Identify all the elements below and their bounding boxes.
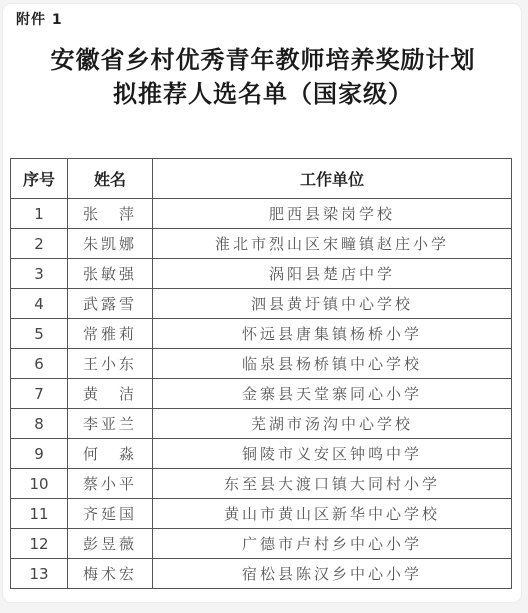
cell-name: 李亚兰	[68, 409, 153, 439]
cell-name: 武露雪	[68, 289, 153, 319]
table-row: 13梅术宏宿松县陈汉乡中心小学	[11, 559, 512, 589]
cell-no: 7	[11, 379, 68, 409]
cell-unit: 肥西县梁岗学校	[153, 199, 512, 229]
table-row: 10蔡小平东至县大渡口镇大同村小学	[11, 469, 512, 499]
column-header-no: 序号	[11, 159, 68, 199]
table-row: 4武露雪泗县黄圩镇中心学校	[11, 289, 512, 319]
cell-unit: 铜陵市义安区钟鸣中学	[153, 439, 512, 469]
cell-name: 张敏强	[68, 259, 153, 289]
document-title: 安徽省乡村优秀青年教师培养奖励计划	[3, 40, 523, 75]
cell-unit: 临泉县杨桥镇中心学校	[153, 349, 512, 379]
column-header-name: 姓名	[68, 159, 153, 199]
table-row: 8李亚兰芜湖市汤沟中心学校	[11, 409, 512, 439]
cell-no: 9	[11, 439, 68, 469]
cell-name: 黄 洁	[68, 379, 153, 409]
cell-name: 齐延国	[68, 499, 153, 529]
cell-no: 4	[11, 289, 68, 319]
cell-unit: 黄山市黄山区新华中心学校	[153, 499, 512, 529]
attachment-label: 附件 1	[16, 9, 63, 29]
cell-name: 蔡小平	[68, 469, 153, 499]
cell-unit: 金寨县天堂寨同心小学	[153, 379, 512, 409]
cell-no: 11	[11, 499, 68, 529]
cell-unit: 广德市卢村乡中心小学	[153, 529, 512, 559]
table-header-row: 序号 姓名 工作单位	[11, 159, 512, 199]
cell-no: 8	[11, 409, 68, 439]
cell-no: 6	[11, 349, 68, 379]
table-row: 6王小东临泉县杨桥镇中心学校	[11, 349, 512, 379]
cell-name: 彭昱薇	[68, 529, 153, 559]
cell-unit: 宿松县陈汉乡中心小学	[153, 559, 512, 589]
table-row: 5常雅莉怀远县唐集镇杨桥小学	[11, 319, 512, 349]
cell-no: 12	[11, 529, 68, 559]
table-row: 12彭昱薇广德市卢村乡中心小学	[11, 529, 512, 559]
table-row: 2朱凯娜淮北市烈山区宋疃镇赵庄小学	[11, 229, 512, 259]
column-header-unit: 工作单位	[153, 159, 512, 199]
cell-no: 10	[11, 469, 68, 499]
table-row: 9何 淼铜陵市义安区钟鸣中学	[11, 439, 512, 469]
table-row: 3张敏强涡阳县楚店中学	[11, 259, 512, 289]
cell-name: 张 萍	[68, 199, 153, 229]
nominee-table: 序号 姓名 工作单位 1张 萍肥西县梁岗学校 2朱凯娜淮北市烈山区宋疃镇赵庄小学…	[10, 158, 512, 589]
cell-no: 1	[11, 199, 68, 229]
cell-name: 王小东	[68, 349, 153, 379]
cell-no: 2	[11, 229, 68, 259]
cell-unit: 泗县黄圩镇中心学校	[153, 289, 512, 319]
cell-no: 13	[11, 559, 68, 589]
table-row: 1张 萍肥西县梁岗学校	[11, 199, 512, 229]
cell-name: 何 淼	[68, 439, 153, 469]
cell-unit: 东至县大渡口镇大同村小学	[153, 469, 512, 499]
cell-unit: 芜湖市汤沟中心学校	[153, 409, 512, 439]
cell-no: 5	[11, 319, 68, 349]
cell-no: 3	[11, 259, 68, 289]
cell-name: 常雅莉	[68, 319, 153, 349]
cell-name: 梅术宏	[68, 559, 153, 589]
cell-name: 朱凯娜	[68, 229, 153, 259]
cell-unit: 怀远县唐集镇杨桥小学	[153, 319, 512, 349]
table-row: 11齐延国黄山市黄山区新华中心学校	[11, 499, 512, 529]
cell-unit: 涡阳县楚店中学	[153, 259, 512, 289]
table-row: 7黄 洁金寨县天堂寨同心小学	[11, 379, 512, 409]
document-subtitle: 拟推荐人选名单（国家级）	[3, 74, 523, 109]
cell-unit: 淮北市烈山区宋疃镇赵庄小学	[153, 229, 512, 259]
